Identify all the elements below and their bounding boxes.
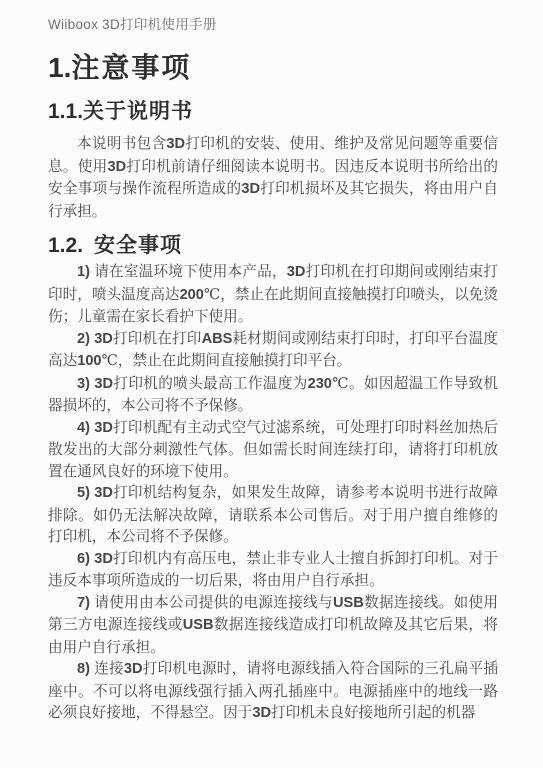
safety-item-8: 8) 连接3D打印机电源时，请将电源线插入符合国际的三孔扁平插座中。不可以将电源…: [48, 658, 498, 725]
safety-items-list: 1) 请在室温环境下使用本产品，3D打印机在打印期间或刚结束打印时，喷头温度高达…: [48, 261, 498, 725]
chapter-title: 注意事项: [71, 51, 191, 84]
section-heading-safety: 1.2.安全事项: [48, 232, 498, 259]
safety-item-1: 1) 请在室温环境下使用本产品，3D打印机在打印期间或刚结束打印时，喷头温度高达…: [48, 261, 498, 328]
document-header: Wiiboox 3D打印机使用手册: [48, 16, 498, 33]
section-heading-about: 1.1.关于说明书: [48, 98, 498, 125]
section-safety-title: 安全事项: [94, 232, 182, 257]
safety-item-7: 7) 请使用由本公司提供的电源连接线与USB数据连接线。如使用第三方电源连接线或…: [48, 592, 498, 659]
section-safety-number: 1.2.: [48, 234, 83, 257]
safety-item-5: 5) 3D打印机结构复杂，如果发生故障，请参考本说明书进行故障排除。如仍无法解决…: [48, 482, 498, 548]
manual-page: Wiiboox 3D打印机使用手册 1.注意事项 1.1.关于说明书 本说明书包…: [0, 0, 543, 768]
safety-item-3: 3) 3D打印机的喷头最高工作温度为230℃。如因超温工作导致机器损坏的，本公司…: [48, 373, 498, 417]
section-about-title: 关于说明书: [83, 98, 193, 123]
safety-item-4: 4) 3D打印机配有主动式空气过滤系统，可处理打印时料丝加热后散发出的大部分刺激…: [48, 417, 498, 483]
section-about-number: 1.1.: [48, 100, 83, 123]
safety-item-2: 2) 3D打印机在打印ABS耗材期间或刚结束打印时，打印平台温度高达100℃，禁…: [48, 328, 498, 373]
chapter-number: 1.: [48, 52, 71, 83]
about-paragraph: 本说明书包含3D打印机的安装、使用、维护及常见问题等重要信息。使用3D打印机前请…: [48, 133, 498, 222]
chapter-heading: 1.注意事项: [48, 52, 498, 83]
safety-item-6: 6) 3D打印机内有高压电，禁止非专业人士擅自拆卸打印机。对于违反本事项所造成的…: [48, 548, 498, 592]
